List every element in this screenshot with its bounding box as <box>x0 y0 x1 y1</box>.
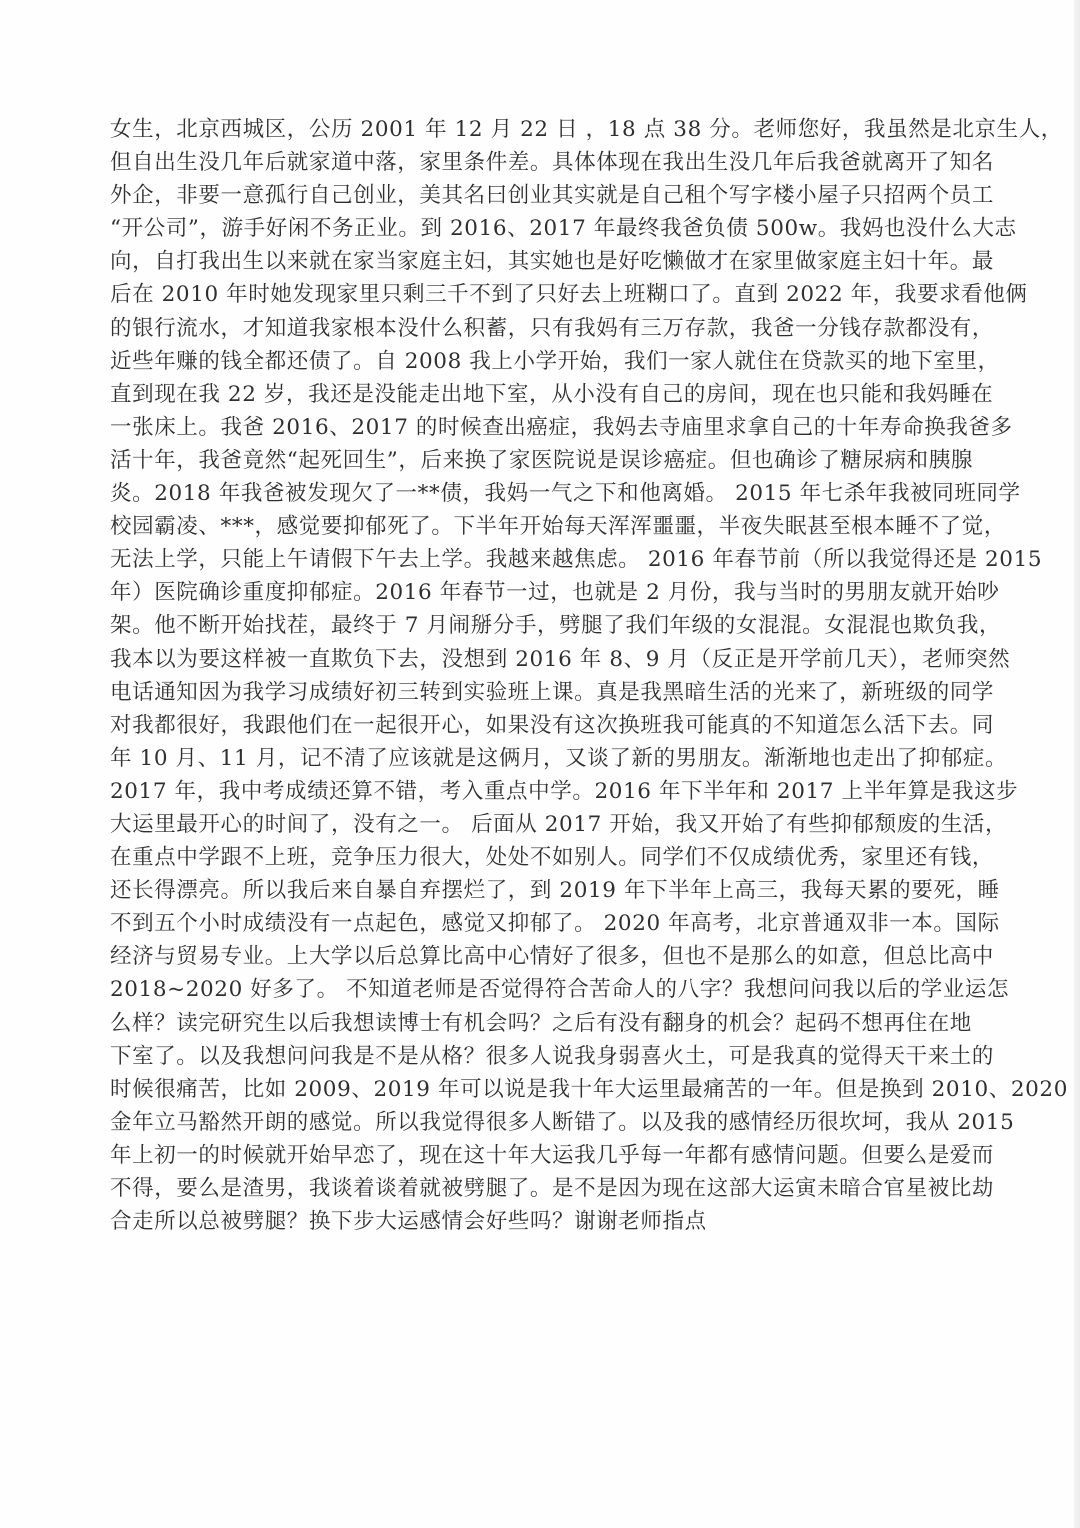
text-line: 我本以为要这样被一直欺负下去，没想到 2016 年 8、9 月（反正是开学前几天… <box>110 643 1010 676</box>
text-line: 近些年赚的钱全都还债了。自 2008 我上小学开始，我们一家人就住在贷款买的地下… <box>110 345 1010 378</box>
text-line: 合走所以总被劈腿？换下步大运感情会好些吗？谢谢老师指点 <box>110 1205 1010 1238</box>
text-line: 架。他不断开始找茬，最终于 7 月闹掰分手，劈腿了我们年级的女混混。女混混也欺负… <box>110 609 1010 642</box>
text-line: 下室了。以及我想问问我是不是从格？很多人说我身弱喜火土，可是我真的觉得天干来土的 <box>110 1040 1010 1073</box>
text-line: “开公司”，游手好闲不务正业。到 2016、2017 年最终我爸负债 500w。… <box>110 212 1010 245</box>
text-line: 的银行流水，才知道我家根本没什么积蓄，只有我妈有三万存款，我爸一分钱存款都没有， <box>110 312 1010 345</box>
text-line: 校园霸凌、***，感觉要抑郁死了。下半年开始每天浑浑噩噩，半夜失眠甚至根本睡不了… <box>110 510 1010 543</box>
text-line: 经济与贸易专业。上大学以后总算比高中心情好了很多，但也不是那么的如意，但总比高中 <box>110 940 1010 973</box>
text-line: 但自出生没几年后就家道中落，家里条件差。具体体现在我出生没几年后我爸就离开了知名 <box>110 146 1010 179</box>
text-line: 还长得漂亮。所以我后来自暴自弃摆烂了，到 2019 年下半年上高三，我每天累的要… <box>110 874 1010 907</box>
text-line: 时候很痛苦，比如 2009、2019 年可以说是我十年大运里最痛苦的一年。但是换… <box>110 1073 1010 1106</box>
text-line: 年）医院确诊重度抑郁症。2016 年春节一过，也就是 2 月份，我与当时的男朋友… <box>110 576 1010 609</box>
text-line: 2017 年，我中考成绩还算不错，考入重点中学。2016 年下半年和 2017 … <box>110 775 1010 808</box>
text-line: 电话通知因为我学习成绩好初三转到实验班上课。真是我黑暗生活的光来了，新班级的同学 <box>110 676 1010 709</box>
text-line: 女生，北京西城区，公历 2001 年 12 月 22 日 ，18 点 38 分。… <box>110 113 1010 146</box>
page-edge-shadow <box>1074 0 1080 1528</box>
text-line: 活十年，我爸竟然“起死回生”，后来换了家医院说是误诊癌症。但也确诊了糖尿病和胰腺 <box>110 444 1010 477</box>
text-line: 不到五个小时成绩没有一点起色，感觉又抑郁了。 2020 年高考，北京普通双非一本… <box>110 907 1010 940</box>
text-line: 在重点中学跟不上班，竞争压力很大，处处不如别人。同学们不仅成绩优秀，家里还有钱， <box>110 841 1010 874</box>
text-line: 年上初一的时候就开始早恋了，现在这十年大运我几乎每一年都有感情问题。但要么是爱而 <box>110 1139 1010 1172</box>
document-page: 女生，北京西城区，公历 2001 年 12 月 22 日 ，18 点 38 分。… <box>0 0 1074 1528</box>
text-line: 一张床上。我爸 2016、2017 的时候查出癌症，我妈去寺庙里求拿自己的十年寿… <box>110 411 1010 444</box>
text-line: 炎。2018 年我爸被发现欠了一**债，我妈一气之下和他离婚。 2015 年七杀… <box>110 477 1010 510</box>
text-line: 向，自打我出生以来就在家当家庭主妇，其实她也是好吃懒做才在家里做家庭主妇十年。最 <box>110 245 1010 278</box>
document-body: 女生，北京西城区，公历 2001 年 12 月 22 日 ，18 点 38 分。… <box>110 113 1010 1238</box>
text-line: 2018~2020 好多了。 不知道老师是否觉得符合苦命人的八字？我想问问我以后… <box>110 973 1010 1006</box>
text-line: 不得，要么是渣男，我谈着谈着就被劈腿了。是不是因为现在这部大运寅未暗合官星被比劫 <box>110 1172 1010 1205</box>
text-line: 无法上学，只能上午请假下午去上学。我越来越焦虑。 2016 年春节前（所以我觉得… <box>110 543 1010 576</box>
text-line: 直到现在我 22 岁，我还是没能走出地下室，从小没有自己的房间，现在也只能和我妈… <box>110 378 1010 411</box>
text-line: 么样？读完研究生以后我想读博士有机会吗？之后有没有翻身的机会？起码不想再住在地 <box>110 1007 1010 1040</box>
text-line: 大运里最开心的时间了，没有之一。 后面从 2017 开始，我又开始了有些抑郁颓废… <box>110 808 1010 841</box>
text-line: 对我都很好，我跟他们在一起很开心，如果没有这次换班我可能真的不知道怎么活下去。同 <box>110 709 1010 742</box>
text-line: 外企，非要一意孤行自己创业，美其名曰创业其实就是自己租个写字楼小屋子只招两个员工 <box>110 179 1010 212</box>
text-line: 年 10 月、11 月，记不清了应该就是这俩月，又谈了新的男朋友。渐渐地也走出了… <box>110 742 1010 775</box>
text-line: 后在 2010 年时她发现家里只剩三千不到了只好去上班糊口了。直到 2022 年… <box>110 278 1010 311</box>
text-line: 金年立马豁然开朗的感觉。所以我觉得很多人断错了。以及我的感情经历很坎坷，我从 2… <box>110 1106 1010 1139</box>
